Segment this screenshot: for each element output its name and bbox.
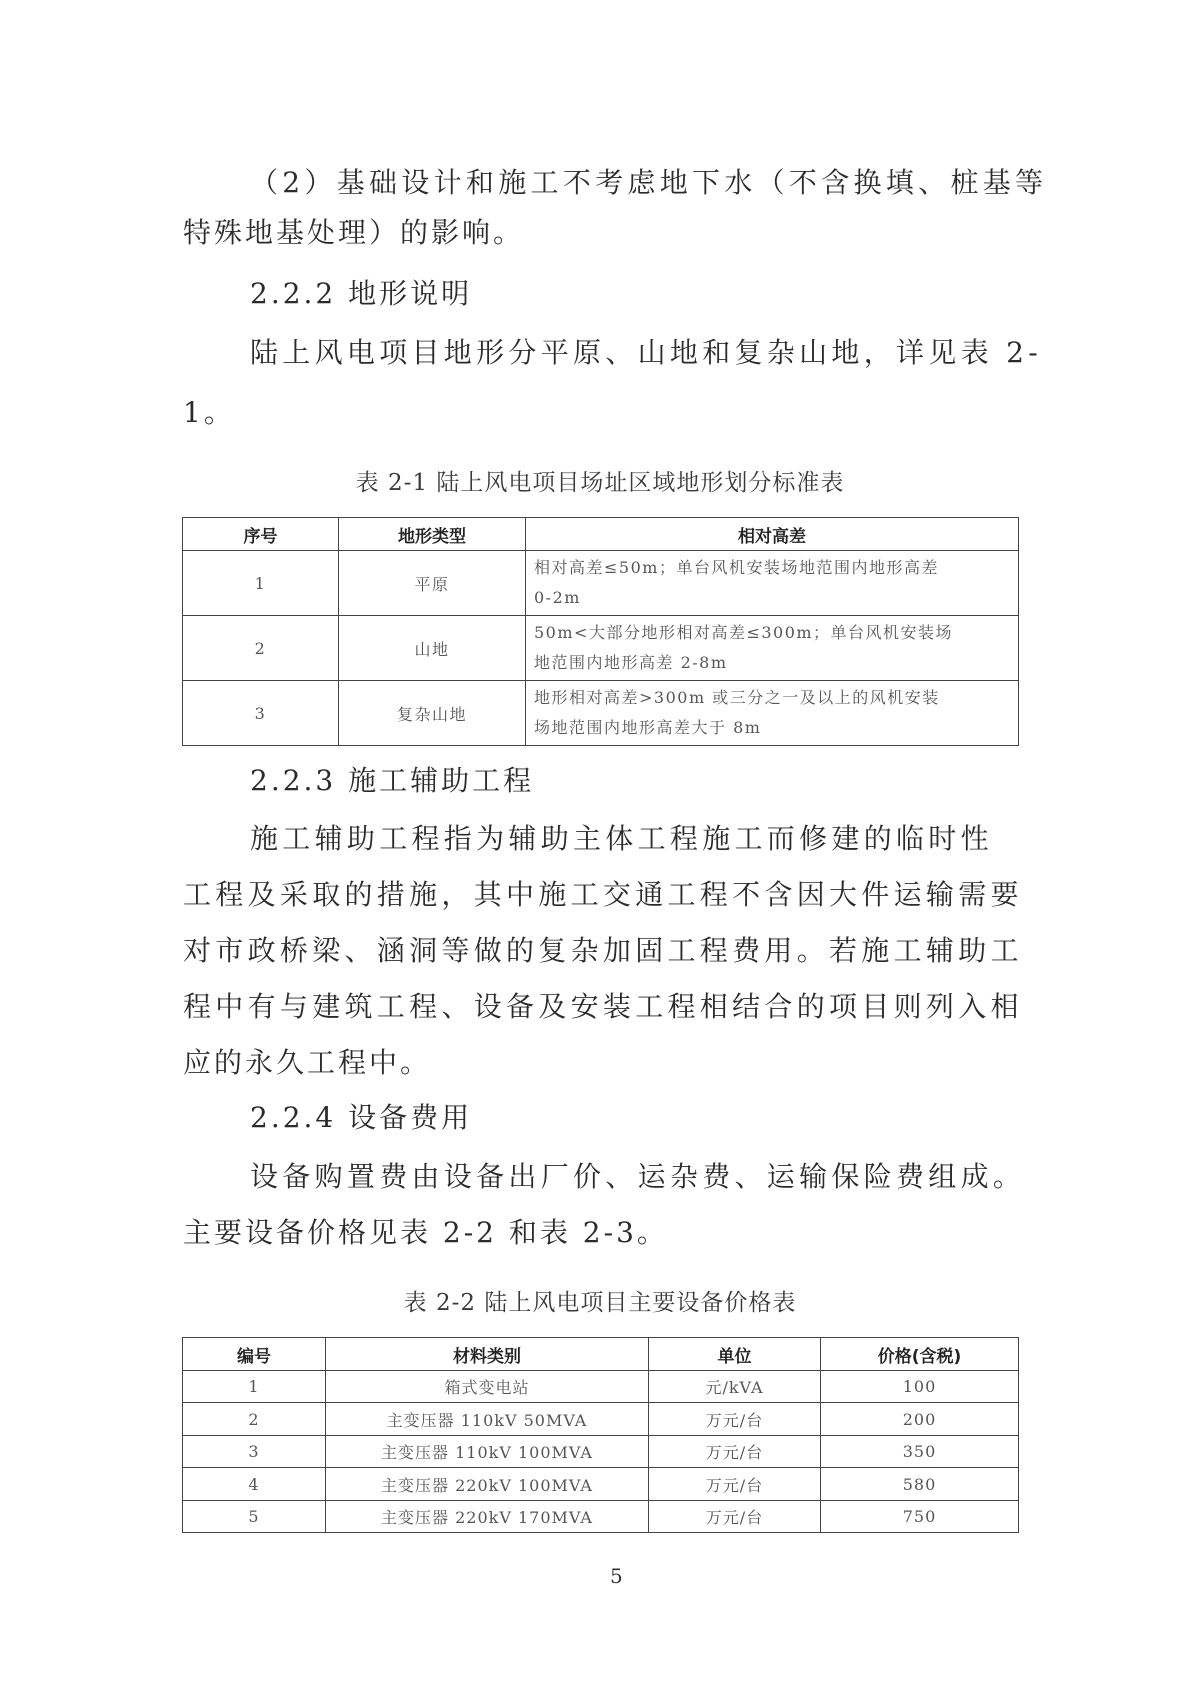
table-2-1-caption: 表 2-1 陆上风电项目场址区域地形划分标准表 — [182, 468, 1018, 498]
table-row: 3 主变压器 110kV 100MVA 万元/台 350 — [183, 1436, 1019, 1468]
cell-text-line: 地形相对高差>300m 或三分之一及以上的风机安装 — [534, 683, 1010, 713]
cell-terrain-type: 平原 — [339, 551, 526, 616]
cell-unit: 万元/台 — [649, 1468, 821, 1501]
cell-price: 580 — [821, 1468, 1019, 1501]
paragraph-2-line-2: 特殊地基处理）的影响。 — [183, 216, 524, 250]
cell-terrain-type: 山地 — [339, 616, 526, 681]
cell-number: 3 — [183, 1436, 326, 1468]
cell-number: 2 — [183, 1403, 326, 1436]
equipment-paragraph-line-1: 设备购置费由设备出厂价、运杂费、运输保险费组成。 — [250, 1160, 1025, 1194]
cell-price: 750 — [821, 1501, 1019, 1533]
cell-material: 主变压器 110kV 50MVA — [326, 1403, 649, 1436]
section-heading-2-2-4: 2.2.4 设备费用 — [250, 1101, 472, 1135]
equipment-price-table: 编号 材料类别 单位 价格(含税) 1 箱式变电站 元/kVA 100 2 主变… — [182, 1337, 1019, 1533]
header-relative-height: 相对高差 — [526, 518, 1019, 551]
table-row: 1 平原 相对高差≤50m；单台风机安装场地范围内地形高差 0-2m — [183, 551, 1019, 616]
terrain-paragraph-line-1: 陆上风电项目地形分平原、山地和复杂山地，详见表 2- — [250, 336, 1042, 370]
cell-material: 主变压器 220kV 170MVA — [326, 1501, 649, 1533]
header-material-category: 材料类别 — [326, 1338, 649, 1371]
equipment-paragraph-line-2: 主要设备价格见表 2-2 和表 2-3。 — [183, 1216, 668, 1250]
cell-price: 200 — [821, 1403, 1019, 1436]
cell-price: 100 — [821, 1371, 1019, 1403]
cell-material: 主变压器 110kV 100MVA — [326, 1436, 649, 1468]
cell-terrain-type: 复杂山地 — [339, 681, 526, 746]
auxiliary-paragraph-line-1: 施工辅助工程指为辅助主体工程施工而修建的临时性 — [250, 822, 993, 856]
section-heading-2-2-2: 2.2.2 地形说明 — [250, 277, 472, 311]
paragraph-2-line-1: （2）基础设计和施工不考虑地下水（不含换填、桩基等 — [250, 166, 1047, 200]
header-number: 编号 — [183, 1338, 326, 1371]
cell-relative-height: 地形相对高差>300m 或三分之一及以上的风机安装 场地范围内地形高差大于 8m — [526, 681, 1019, 746]
cell-price: 350 — [821, 1436, 1019, 1468]
table-row: 4 主变压器 220kV 100MVA 万元/台 580 — [183, 1468, 1019, 1501]
auxiliary-paragraph-line-3: 对市政桥梁、涵洞等做的复杂加固工程费用。若施工辅助工 — [183, 934, 1023, 968]
cell-unit: 万元/台 — [649, 1436, 821, 1468]
cell-material: 主变压器 220kV 100MVA — [326, 1468, 649, 1501]
cell-unit: 元/kVA — [649, 1371, 821, 1403]
table-row: 2 山地 50m<大部分地形相对高差≤300m；单台风机安装场 地范围内地形高差… — [183, 616, 1019, 681]
table-row: 3 复杂山地 地形相对高差>300m 或三分之一及以上的风机安装 场地范围内地形… — [183, 681, 1019, 746]
cell-relative-height: 50m<大部分地形相对高差≤300m；单台风机安装场 地范围内地形高差 2-8m — [526, 616, 1019, 681]
cell-text-line: 场地范围内地形高差大于 8m — [534, 713, 1010, 743]
cell-number: 1 — [183, 1371, 326, 1403]
cell-text-line: 0-2m — [534, 583, 1010, 613]
table-2-2-caption: 表 2-2 陆上风电项目主要设备价格表 — [182, 1288, 1018, 1318]
header-no: 序号 — [183, 518, 339, 551]
terrain-paragraph-line-2: 1。 — [183, 396, 235, 430]
cell-no: 3 — [183, 681, 339, 746]
cell-no: 2 — [183, 616, 339, 681]
cell-number: 5 — [183, 1501, 326, 1533]
section-heading-2-2-3: 2.2.3 施工辅助工程 — [250, 764, 534, 798]
cell-text-line: 地范围内地形高差 2-8m — [534, 648, 1010, 678]
page-number: 5 — [610, 1564, 623, 1588]
cell-number: 4 — [183, 1468, 326, 1501]
cell-unit: 万元/台 — [649, 1501, 821, 1533]
auxiliary-paragraph-line-4: 程中有与建筑工程、设备及安装工程相结合的项目则列入相 — [183, 990, 1023, 1024]
terrain-classification-table: 序号 地形类型 相对高差 1 平原 相对高差≤50m；单台风机安装场地范围内地形… — [182, 517, 1019, 746]
table-row: 5 主变压器 220kV 170MVA 万元/台 750 — [183, 1501, 1019, 1533]
header-price-incl-tax: 价格(含税) — [821, 1338, 1019, 1371]
header-unit: 单位 — [649, 1338, 821, 1371]
auxiliary-paragraph-line-5: 应的永久工程中。 — [183, 1046, 431, 1080]
cell-text-line: 相对高差≤50m；单台风机安装场地范围内地形高差 — [534, 553, 1010, 583]
auxiliary-paragraph-line-2: 工程及采取的措施，其中施工交通工程不含因大件运输需要 — [183, 878, 1023, 912]
cell-relative-height: 相对高差≤50m；单台风机安装场地范围内地形高差 0-2m — [526, 551, 1019, 616]
table-header-row: 编号 材料类别 单位 价格(含税) — [183, 1338, 1019, 1371]
table-header-row: 序号 地形类型 相对高差 — [183, 518, 1019, 551]
table-row: 1 箱式变电站 元/kVA 100 — [183, 1371, 1019, 1403]
cell-no: 1 — [183, 551, 339, 616]
cell-text-line: 50m<大部分地形相对高差≤300m；单台风机安装场 — [534, 618, 1010, 648]
header-terrain-type: 地形类型 — [339, 518, 526, 551]
table-row: 2 主变压器 110kV 50MVA 万元/台 200 — [183, 1403, 1019, 1436]
cell-material: 箱式变电站 — [326, 1371, 649, 1403]
cell-unit: 万元/台 — [649, 1403, 821, 1436]
